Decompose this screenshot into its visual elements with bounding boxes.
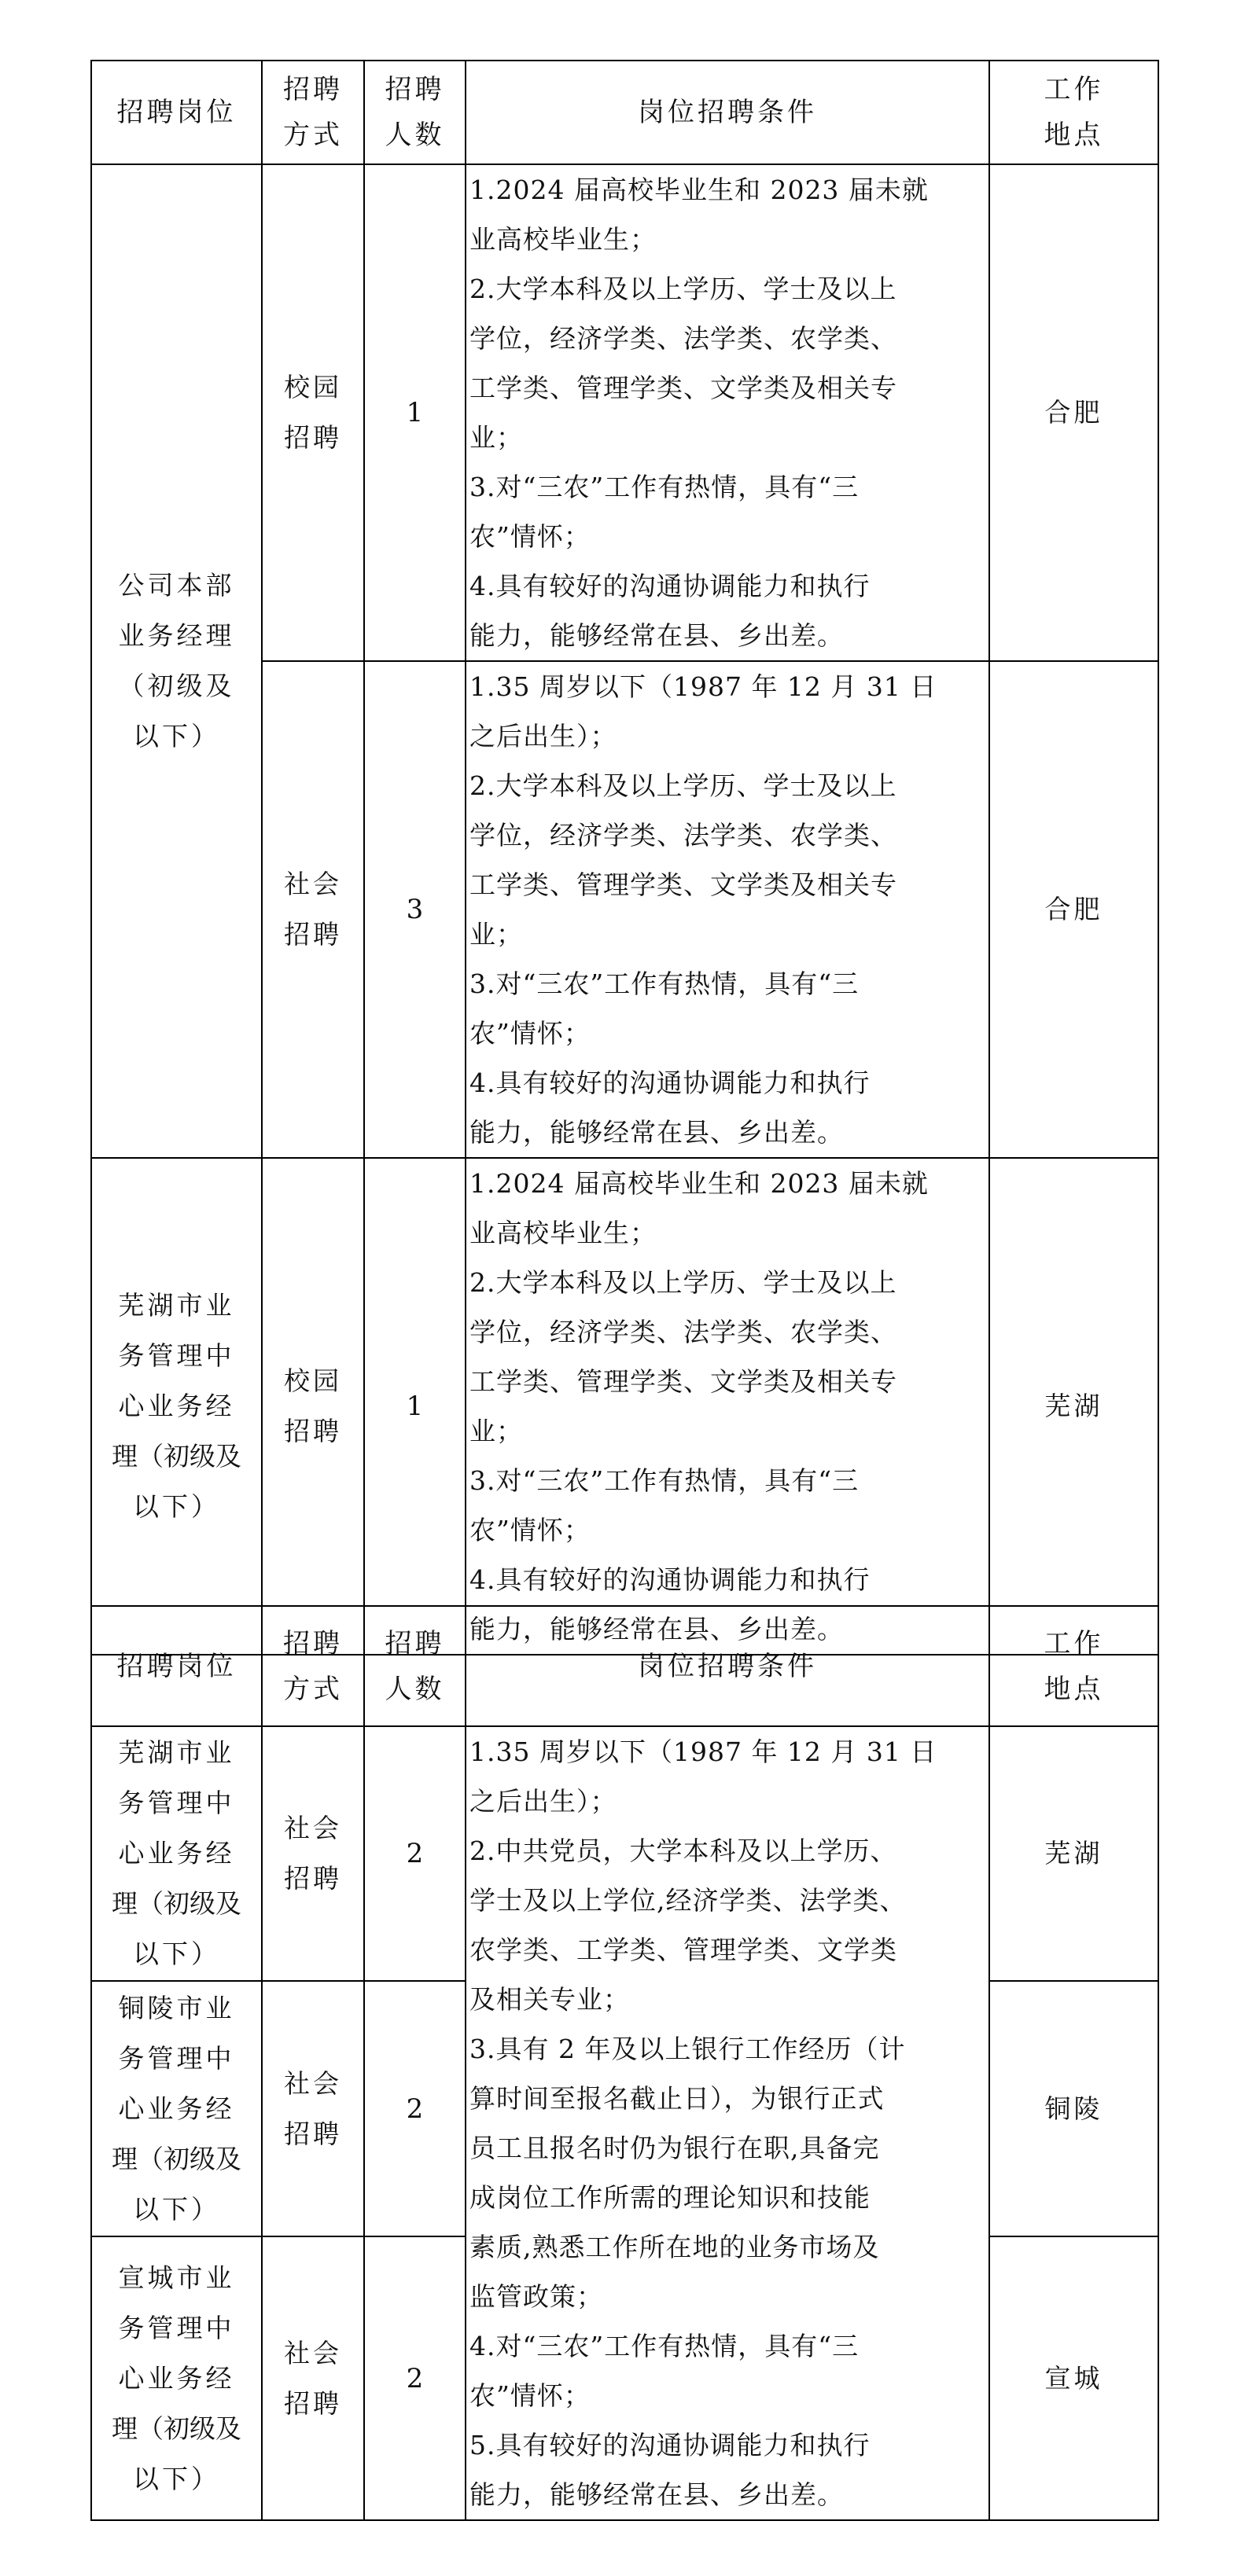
- condition-line: 学士及以上学位,经济学类、法学类、: [469, 1876, 985, 1925]
- count-cell: 1: [364, 164, 466, 661]
- method-line: 社会: [280, 2328, 346, 2379]
- method-line: 社会: [280, 2059, 346, 2109]
- position-line: 芜湖市业: [100, 1281, 253, 1331]
- header-position: 招聘岗位: [91, 61, 262, 164]
- position-cell: 芜湖市业 务管理中 心业务经 理（初级及 以下）: [91, 1726, 262, 1981]
- position-line: 务管理中: [100, 2303, 253, 2354]
- position-line: 务管理中: [100, 1331, 253, 1381]
- location-cell: 合肥: [989, 164, 1158, 661]
- header-conditions: 岗位招聘条件: [466, 61, 989, 164]
- header-location-line: 工作: [990, 67, 1158, 112]
- condition-line: 能力，能够经常在县、乡出差。: [469, 611, 985, 660]
- position-line: 业务经理: [100, 611, 253, 661]
- method-line: 社会: [280, 859, 346, 910]
- position-line: 务管理中: [100, 1778, 253, 1828]
- condition-line: 业高校毕业生；: [469, 1208, 985, 1258]
- condition-line: 4.具有较好的沟通协调能力和执行: [469, 561, 985, 611]
- position-line: 以下）: [100, 2454, 253, 2504]
- method-line: 招聘: [280, 1854, 346, 1904]
- header-count: 招聘 人数: [364, 1606, 466, 1726]
- position-line: 芜湖市业: [100, 1728, 253, 1778]
- condition-line: 工学类、管理学类、文学类及相关专: [469, 860, 985, 910]
- method-line: 社会: [280, 1803, 346, 1854]
- header-count-line: 招聘: [365, 67, 465, 112]
- method-line: 招聘: [280, 413, 346, 463]
- position-line: 以下）: [100, 2185, 253, 2235]
- condition-line: 2.中共党员，大学本科及以上学历、: [469, 1826, 985, 1876]
- condition-line: 4.对“三农”工作有热情，具有“三: [469, 2321, 985, 2371]
- header-location-line: 工作: [990, 1621, 1158, 1666]
- position-line: 公司本部: [100, 560, 253, 611]
- method-line: 招聘: [280, 1406, 346, 1457]
- count-cell: 1: [364, 1158, 466, 1655]
- table-row: 芜湖市业 务管理中 心业务经 理（初级及 以下） 校园 招聘 1 1.2024 …: [91, 1158, 1158, 1655]
- condition-line: 1.35 周岁以下（1987 年 12 月 31 日: [469, 1727, 985, 1777]
- position-line: （初级及: [100, 661, 253, 711]
- table-row: 芜湖市业 务管理中 心业务经 理（初级及 以下） 社会 招聘 2 1.35 周岁…: [91, 1726, 1158, 1981]
- condition-line: 3.对“三农”工作有热情，具有“三: [469, 959, 985, 1009]
- header-method-line: 招聘: [263, 67, 363, 112]
- position-line: 心业务经: [100, 2354, 253, 2404]
- method-cell: 社会 招聘: [262, 661, 364, 1158]
- location-cell: 芜湖: [989, 1158, 1158, 1655]
- condition-line: 员工且报名时仍为银行在职,具备完: [469, 2123, 985, 2173]
- method-cell: 社会 招聘: [262, 1726, 364, 1981]
- position-line: 理（初级及: [100, 2134, 253, 2185]
- condition-line: 农学类、工学类、管理学类、文学类: [469, 1925, 985, 1975]
- method-cell: 社会 招聘: [262, 2236, 364, 2520]
- condition-line: 农”情怀；: [469, 1505, 985, 1555]
- condition-line: 及相关专业；: [469, 1975, 985, 2024]
- header-count-line: 招聘: [365, 1621, 465, 1666]
- method-line: 校园: [280, 1356, 346, 1406]
- condition-line: 3.对“三农”工作有热情，具有“三: [469, 462, 985, 512]
- method-line: 招聘: [280, 2109, 346, 2159]
- location-cell: 铜陵: [989, 1981, 1158, 2236]
- condition-line: 1.35 周岁以下（1987 年 12 月 31 日: [469, 662, 985, 711]
- condition-line: 业；: [469, 1406, 985, 1456]
- header-count-line: 人数: [365, 112, 465, 158]
- condition-line: 农”情怀；: [469, 2371, 985, 2420]
- conditions-cell: 1.2024 届高校毕业生和 2023 届未就 业高校毕业生； 2.大学本科及以…: [466, 164, 989, 661]
- condition-line: 2.大学本科及以上学历、学士及以上: [469, 264, 985, 314]
- header-method-line: 招聘: [263, 1621, 363, 1666]
- condition-line: 素质,熟悉工作所在地的业务市场及: [469, 2222, 985, 2272]
- header-location-line: 地点: [990, 1666, 1158, 1712]
- count-cell: 3: [364, 661, 466, 1158]
- condition-line: 学位，经济学类、法学类、农学类、: [469, 810, 985, 860]
- location-cell: 芜湖: [989, 1726, 1158, 1981]
- position-line: 务管理中: [100, 2034, 253, 2084]
- position-line: 心业务经: [100, 1381, 253, 1431]
- condition-line: 2.大学本科及以上学历、学士及以上: [469, 1258, 985, 1307]
- position-line: 以下）: [100, 1929, 253, 1979]
- condition-line: 之后出生）；: [469, 1777, 985, 1826]
- header-location-line: 地点: [990, 112, 1158, 158]
- header-method: 招聘 方式: [262, 1606, 364, 1726]
- condition-line: 5.具有较好的沟通协调能力和执行: [469, 2420, 985, 2470]
- count-cell: 2: [364, 1981, 466, 2236]
- header-conditions: 岗位招聘条件: [466, 1606, 989, 1726]
- condition-line: 1.2024 届高校毕业生和 2023 届未就: [469, 1159, 985, 1208]
- condition-line: 成岗位工作所需的理论知识和技能: [469, 2173, 985, 2222]
- position-cell: 宣城市业 务管理中 心业务经 理（初级及 以下）: [91, 2236, 262, 2520]
- recruitment-table-1: 招聘岗位 招聘 方式 招聘 人数 岗位招聘条件 工作 地点 公司本部 业务经理 …: [90, 60, 1159, 1655]
- header-position: 招聘岗位: [91, 1606, 262, 1726]
- table-row: 公司本部 业务经理 （初级及 以下） 校园 招聘 1 1.2024 届高校毕业生…: [91, 164, 1158, 661]
- condition-line: 4.具有较好的沟通协调能力和执行: [469, 1058, 985, 1108]
- header-method: 招聘 方式: [262, 61, 364, 164]
- position-line: 心业务经: [100, 2084, 253, 2134]
- condition-line: 2.大学本科及以上学历、学士及以上: [469, 761, 985, 810]
- header-count-line: 人数: [365, 1666, 465, 1712]
- condition-line: 监管政策；: [469, 2272, 985, 2321]
- condition-line: 1.2024 届高校毕业生和 2023 届未就: [469, 165, 985, 215]
- count-cell: 2: [364, 1726, 466, 1981]
- position-line: 理（初级及: [100, 2404, 253, 2454]
- position-cell: 铜陵市业 务管理中 心业务经 理（初级及 以下）: [91, 1981, 262, 2236]
- recruitment-table-2: 招聘岗位 招聘 方式 招聘 人数 岗位招聘条件 工作 地点 芜湖市业 务管理中 …: [90, 1605, 1159, 2521]
- header-location: 工作 地点: [989, 61, 1158, 164]
- header-method-line: 方式: [263, 1666, 363, 1712]
- condition-line: 算时间至报名截止日），为银行正式: [469, 2074, 985, 2123]
- condition-line: 业；: [469, 910, 985, 959]
- position-line: 以下）: [100, 1482, 253, 1532]
- condition-line: 3.对“三农”工作有热情，具有“三: [469, 1456, 985, 1505]
- header-position-label: 招聘岗位: [117, 1651, 237, 1682]
- condition-line: 能力，能够经常在县、乡出差。: [469, 2470, 985, 2519]
- condition-line: 业；: [469, 413, 985, 462]
- condition-line: 学位，经济学类、法学类、农学类、: [469, 314, 985, 363]
- conditions-cell: 1.2024 届高校毕业生和 2023 届未就 业高校毕业生； 2.大学本科及以…: [466, 1158, 989, 1655]
- position-line: 心业务经: [100, 1828, 253, 1879]
- header-position-label: 招聘岗位: [117, 97, 237, 128]
- position-line: 宣城市业: [100, 2253, 253, 2303]
- condition-line: 之后出生）；: [469, 711, 985, 761]
- count-cell: 2: [364, 2236, 466, 2520]
- header-count: 招聘 人数: [364, 61, 466, 164]
- method-line: 校园: [280, 362, 346, 413]
- position-line: 以下）: [100, 711, 253, 762]
- position-cell: 芜湖市业 务管理中 心业务经 理（初级及 以下）: [91, 1158, 262, 1655]
- condition-line: 工学类、管理学类、文学类及相关专: [469, 1357, 985, 1406]
- table-header-row: 招聘岗位 招聘 方式 招聘 人数 岗位招聘条件 工作 地点: [91, 1606, 1158, 1726]
- table-header-row: 招聘岗位 招聘 方式 招聘 人数 岗位招聘条件 工作 地点: [91, 61, 1158, 164]
- method-cell: 社会 招聘: [262, 1981, 364, 2236]
- condition-line: 工学类、管理学类、文学类及相关专: [469, 363, 985, 413]
- header-method-line: 方式: [263, 112, 363, 158]
- conditions-cell: 1.35 周岁以下（1987 年 12 月 31 日 之后出生）； 2.中共党员…: [466, 1726, 989, 2520]
- position-cell: 公司本部 业务经理 （初级及 以下）: [91, 164, 262, 1158]
- condition-line: 学位，经济学类、法学类、农学类、: [469, 1307, 985, 1357]
- condition-line: 3.具有 2 年及以上银行工作经历（计: [469, 2024, 985, 2074]
- method-line: 招聘: [280, 2379, 346, 2429]
- condition-line: 农”情怀；: [469, 1009, 985, 1058]
- condition-line: 能力，能够经常在县、乡出差。: [469, 1108, 985, 1157]
- location-cell: 宣城: [989, 2236, 1158, 2520]
- header-conditions-label: 岗位招聘条件: [638, 1651, 817, 1682]
- header-location: 工作 地点: [989, 1606, 1158, 1726]
- position-line: 理（初级及: [100, 1879, 253, 1929]
- method-cell: 校园 招聘: [262, 1158, 364, 1655]
- position-line: 理（初级及: [100, 1431, 253, 1482]
- condition-line: 业高校毕业生；: [469, 215, 985, 264]
- method-cell: 校园 招聘: [262, 164, 364, 661]
- method-line: 招聘: [280, 910, 346, 960]
- condition-line: 4.具有较好的沟通协调能力和执行: [469, 1555, 985, 1604]
- condition-line: 农”情怀；: [469, 512, 985, 561]
- location-cell: 合肥: [989, 661, 1158, 1158]
- conditions-cell: 1.35 周岁以下（1987 年 12 月 31 日 之后出生）； 2.大学本科…: [466, 661, 989, 1158]
- position-line: 铜陵市业: [100, 1983, 253, 2034]
- header-conditions-label: 岗位招聘条件: [638, 97, 817, 128]
